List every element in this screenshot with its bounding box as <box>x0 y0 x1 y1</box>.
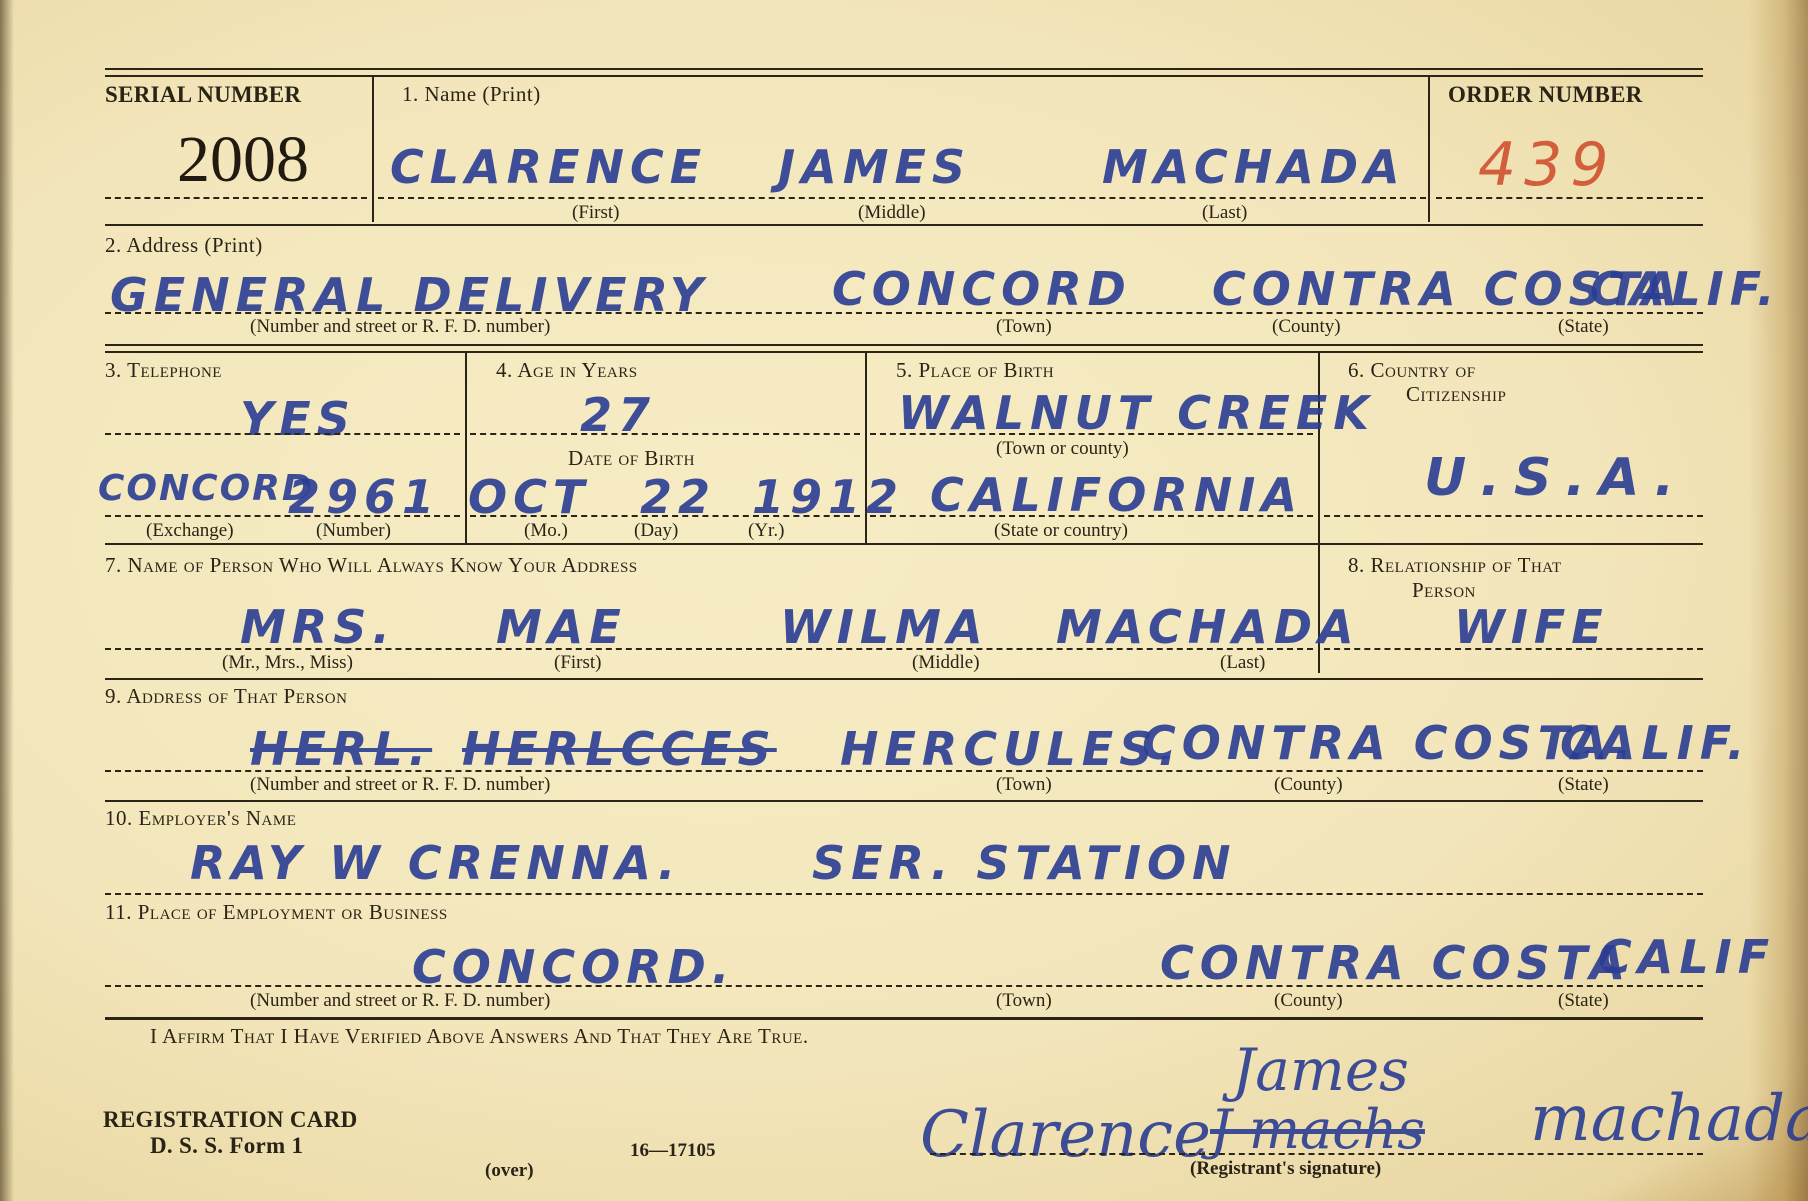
contact-title-value: Mrs. <box>240 600 396 654</box>
signature-sub: (Registrant's signature) <box>1190 1158 1381 1180</box>
signature-last: machada <box>1530 1082 1808 1156</box>
rule-row1-bottom <box>105 224 1703 226</box>
contact-sub-middle: (Middle) <box>912 652 980 674</box>
birthplace-sub-town: (Town or county) <box>996 438 1129 460</box>
employer-label: 10. Employer's Name <box>105 806 296 831</box>
telephone-sub-number: (Number) <box>316 520 391 542</box>
contact-address-sub-state: (State) <box>1558 774 1609 796</box>
contact-address-sub-street: (Number and street or R. F. D. number) <box>250 774 550 796</box>
contact-address-sub-county: (County) <box>1274 774 1343 796</box>
name-sub-last: (Last) <box>1202 202 1247 224</box>
dob-label: Date of Birth <box>568 446 695 471</box>
dob-dotted-line <box>470 515 860 517</box>
birthplace-label: 5. Place of Birth <box>896 358 1054 383</box>
name-last-value: Machada <box>1102 140 1406 194</box>
contact-first-value: Mae <box>496 600 627 654</box>
address-dotted-line <box>105 312 1703 314</box>
birthplace-sub-state: (State or country) <box>994 520 1128 542</box>
name-middle-value: James <box>778 140 971 194</box>
rule-row3-bottom <box>105 543 1703 545</box>
employment-sub-county: (County) <box>1274 990 1343 1012</box>
name-sub-middle: (Middle) <box>858 202 926 224</box>
name-label-text: 1. Name (Print) <box>402 82 541 106</box>
relationship-dotted-line <box>1324 648 1703 650</box>
contact-address-town-value: Hercules. <box>840 722 1182 776</box>
contact-sub-title: (Mr., Mrs., Miss) <box>222 652 353 674</box>
employment-place-label: 11. Place of Employment or Business <box>105 900 448 925</box>
rule-top-2 <box>105 75 1703 77</box>
affirmation-text: I Affirm That I Have Verified Above Answ… <box>150 1024 809 1049</box>
registration-card-title: REGISTRATION CARD <box>103 1107 358 1133</box>
rule-row2-bottom-1 <box>105 344 1703 346</box>
employment-sub-state: (State) <box>1558 990 1609 1012</box>
relationship-value: Wife <box>1454 600 1609 654</box>
address-town-value: Concord <box>832 262 1132 316</box>
paper-edge-shadow-left <box>0 0 14 1201</box>
paper-edge-shadow-right <box>1748 0 1808 1201</box>
dob-sub-year: (Yr.) <box>748 520 784 542</box>
rule-row2-bottom-2 <box>105 351 1703 353</box>
signature-first: Clarence <box>920 1098 1211 1172</box>
citizenship-label-line2: Citizenship <box>1406 382 1506 407</box>
dob-sub-month: (Mo.) <box>524 520 568 542</box>
employment-sub-street: (Number and street or R. F. D. number) <box>250 990 550 1012</box>
order-dotted-line <box>1436 197 1703 199</box>
divider-serial-name <box>372 77 374 222</box>
telephone-exchange-value: Concord <box>98 468 314 509</box>
address-sub-state: (State) <box>1558 316 1609 338</box>
employment-sub-town: (Town) <box>996 990 1052 1012</box>
name-first-value: Clarence <box>390 140 707 194</box>
contact-last-value: Machada <box>1056 600 1360 654</box>
employer-value: Ray W Crenna. <box>190 836 681 890</box>
signature-dotted-line <box>930 1153 1703 1155</box>
dob-sub-day: (Day) <box>634 520 678 542</box>
telephone-value: Yes <box>240 392 356 446</box>
print-code: 16—17105 <box>630 1140 716 1162</box>
birthplace-dotted-1 <box>870 433 1313 435</box>
contact-address-label: 9. Address of That Person <box>105 684 347 709</box>
contact-address-sub-town: (Town) <box>996 774 1052 796</box>
age-dotted-line <box>470 433 860 435</box>
birthplace-dotted-2 <box>870 515 1313 517</box>
age-label: 4. Age in Years <box>496 358 638 383</box>
rule-row7-bottom <box>105 678 1703 680</box>
citizenship-dotted-line <box>1324 515 1703 517</box>
address-label: 2. Address (Print) <box>105 233 263 258</box>
contact-dotted-line <box>105 648 1313 650</box>
name-sub-first: (First) <box>572 202 620 224</box>
contact-sub-first: (First) <box>554 652 602 674</box>
address-sub-street: (Number and street or R. F. D. number) <box>250 316 550 338</box>
birthplace-town-value: Walnut Creek <box>898 386 1375 440</box>
signature-insert: James <box>1232 1036 1409 1104</box>
telephone-label: 3. Telephone <box>105 358 222 383</box>
address-state-value: Calif. <box>1590 262 1781 316</box>
citizenship-value: U.S.A. <box>1424 448 1688 508</box>
rule-top-1 <box>105 68 1703 70</box>
relationship-label-line1: 8. Relationship of That <box>1348 553 1562 578</box>
telephone-dotted-1 <box>105 433 460 435</box>
serial-number-label: SERIAL NUMBER <box>105 82 301 108</box>
divider-phone-age <box>465 353 467 543</box>
employment-county-value: Contra Costa <box>1160 936 1631 990</box>
contact-middle-value: Wilma <box>780 600 989 654</box>
contact-address-dotted-line <box>105 770 1703 772</box>
employment-state-value: Calif <box>1598 930 1775 984</box>
over-note: (over) <box>485 1160 534 1182</box>
name-dotted-line <box>378 197 1426 199</box>
citizenship-label-line1: 6. Country of <box>1348 358 1476 383</box>
employer-dotted-line <box>105 893 1703 895</box>
contact-address-struck-2: Herlcces <box>462 722 777 776</box>
rule-row11-bottom <box>105 1017 1703 1020</box>
order-number-value: 439 <box>1478 130 1617 200</box>
name-label: 1. Name (Print) <box>402 82 541 107</box>
telephone-dotted-2 <box>105 515 460 517</box>
serial-dotted-line <box>105 197 367 199</box>
telephone-sub-exchange: (Exchange) <box>146 520 234 542</box>
divider-name-order <box>1428 77 1430 222</box>
employer-value-2: Ser. Station <box>812 836 1237 890</box>
birthplace-state-value: California <box>930 468 1303 522</box>
signature-struck: J machs <box>1210 1098 1425 1161</box>
employment-dotted-line <box>105 985 1703 987</box>
serial-number-value: 2008 <box>177 122 309 198</box>
rule-row9-bottom <box>105 800 1703 802</box>
order-number-label: ORDER NUMBER <box>1448 82 1643 108</box>
form-number: D. S. S. Form 1 <box>150 1133 303 1159</box>
contact-address-state-value: Calif. <box>1560 716 1751 770</box>
contact-person-label: 7. Name of Person Who Will Always Know Y… <box>105 553 638 578</box>
address-sub-county: (County) <box>1272 316 1341 338</box>
contact-address-struck-1: Herl. <box>250 722 432 776</box>
contact-sub-last: (Last) <box>1220 652 1265 674</box>
address-sub-town: (Town) <box>996 316 1052 338</box>
